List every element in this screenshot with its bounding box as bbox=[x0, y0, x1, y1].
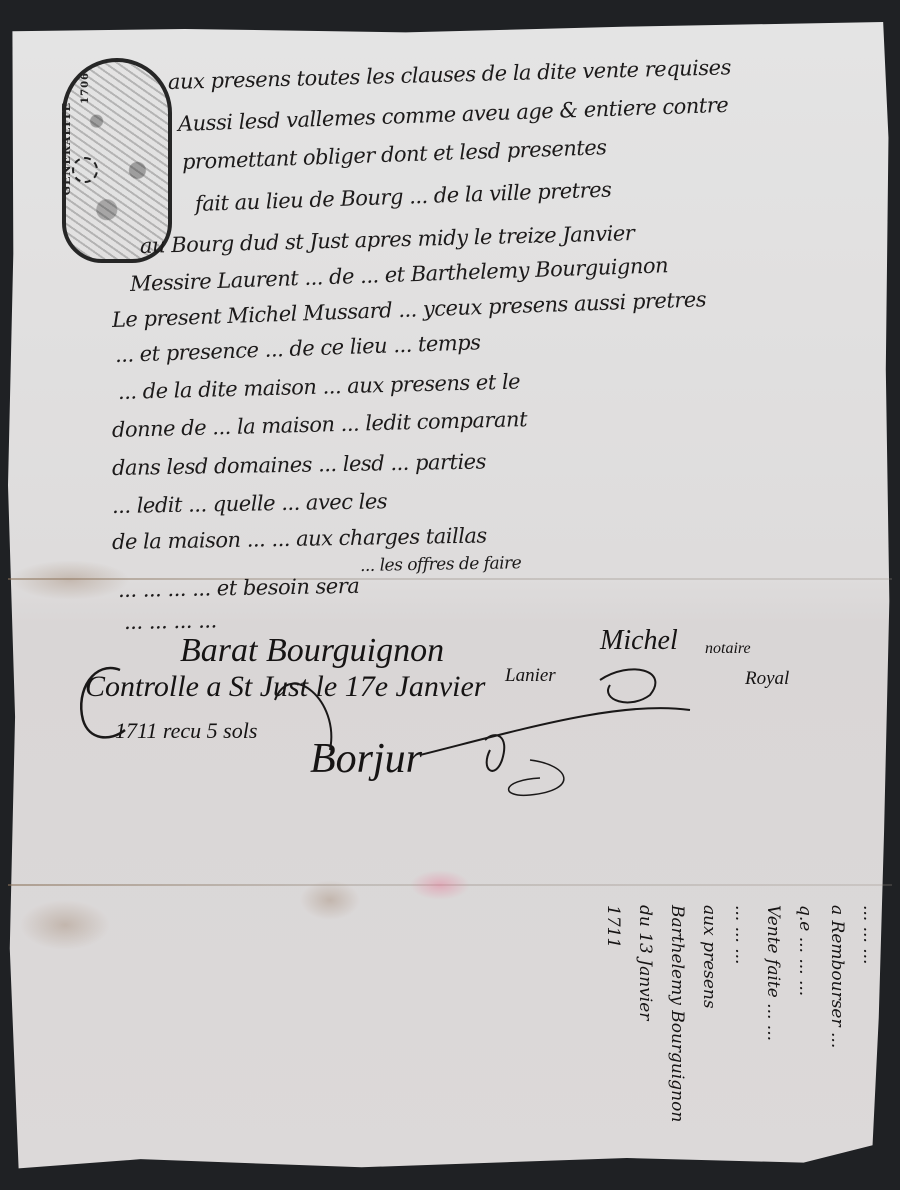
body-line: ... ... ... ... bbox=[124, 608, 217, 634]
stamp-text: GENERALITE bbox=[60, 102, 73, 195]
margin-note-line: Barthelemy Bourguignon bbox=[661, 905, 693, 1165]
stamp-year: 1706 bbox=[80, 72, 91, 104]
margin-note-line: ... ... ... bbox=[853, 905, 885, 1165]
body-line: ... ... ... ... et besoin sera bbox=[118, 574, 360, 602]
signature-flourish-icon bbox=[270, 640, 730, 800]
fiscal-stamp-icon: GENERALITE 1706 bbox=[62, 58, 172, 263]
margin-note-line: aux presens bbox=[693, 905, 725, 1165]
control-year: 1711 recu 5 sols bbox=[115, 718, 257, 744]
margin-note-line: ... ... ... bbox=[725, 905, 757, 1165]
margin-note-line: Vente faite ... ... bbox=[757, 905, 789, 1165]
margin-note-line: q.e ... ... ... bbox=[789, 905, 821, 1165]
initial-c-flourish-icon bbox=[75, 660, 135, 750]
stamp-sun-icon bbox=[72, 157, 98, 183]
pink-mark bbox=[410, 870, 470, 900]
water-stain bbox=[20, 900, 110, 950]
water-stain bbox=[300, 880, 360, 920]
water-stain bbox=[10, 560, 130, 600]
margin-note-line: a Rembourser ... bbox=[821, 905, 853, 1165]
margin-note-line: du 13 Janvier bbox=[629, 905, 661, 1165]
body-line-interlinear: ... les offres de faire bbox=[360, 553, 522, 576]
body-line: ... ledit ... quelle ... avec les bbox=[112, 489, 388, 518]
margin-note: ... ... ... a Rembourser ... q.e ... ...… bbox=[655, 905, 885, 1165]
notary-royal: Royal bbox=[745, 668, 789, 690]
margin-note-line: 1711 bbox=[597, 905, 629, 1165]
